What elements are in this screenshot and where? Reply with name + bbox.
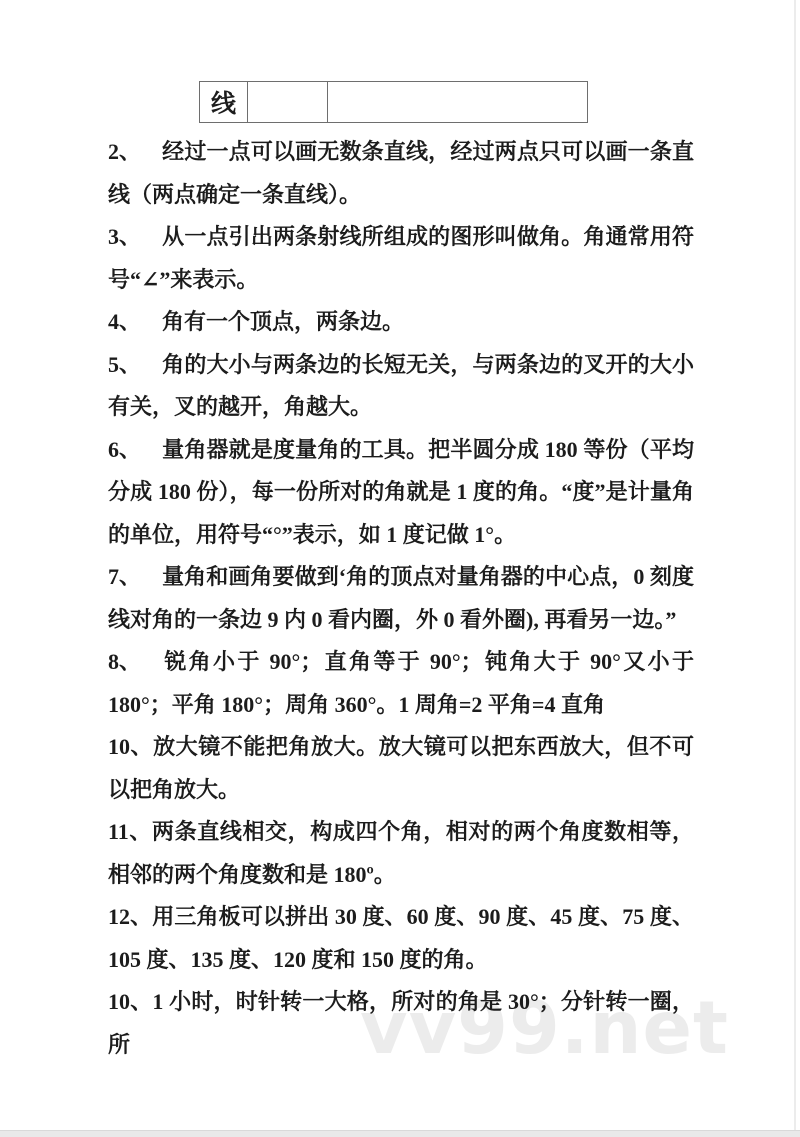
table-cell-empty-2: [328, 82, 587, 122]
item-text: 放大镜不能把角放大。放大镜可以把东西放大，但不可以把角放大。: [108, 734, 694, 802]
item-text: 量角和画角要做到‘角的顶点对量角器的中心点，0 刻度线对角的一条边 9 内 0 …: [108, 564, 694, 632]
item-number: 2、: [108, 131, 162, 174]
item-text: 从一点引出两条射线所组成的图形叫做角。角通常用符号“∠”来表示。: [108, 224, 694, 292]
item-text: 锐角小于 90°；直角等于 90°；钝角大于 90°又小于 180°；平角 18…: [108, 649, 694, 717]
item-number: 7、: [108, 556, 162, 599]
note-item-8: 8、锐角小于 90°；直角等于 90°；钝角大于 90°又小于 180°；平角 …: [108, 641, 694, 726]
item-text: 角的大小与两条边的长短无关，与两条边的叉开的大小有关，叉的越开，角越大。: [108, 352, 694, 420]
item-number: 10、: [108, 734, 153, 759]
item-number: 11、: [108, 819, 152, 844]
item-text: 1 小时，时针转一大格，所对的角是 30°；分针转一圈，所: [108, 989, 694, 1057]
item-text: 量角器就是度量角的工具。把半圆分成 180 等份（平均分成 180 份），每一份…: [108, 437, 694, 547]
note-item-6: 6、量角器就是度量角的工具。把半圆分成 180 等份（平均分成 180 份），每…: [108, 429, 694, 557]
item-number: 5、: [108, 344, 162, 387]
item-text: 用三角板可以拼出 30 度、60 度、90 度、45 度、75 度、105 度、…: [108, 904, 694, 972]
note-item-2: 2、经过一点可以画无数条直线，经过两点只可以画一条直线（两点确定一条直线）。: [108, 131, 694, 216]
item-number: 10、: [108, 989, 152, 1014]
document-body: 2、经过一点可以画无数条直线，经过两点只可以画一条直线（两点确定一条直线）。 3…: [108, 131, 694, 1066]
table-cell-empty-1: [248, 82, 328, 122]
table-cell-label: 线: [200, 82, 248, 122]
item-number: 8、: [108, 641, 162, 684]
item-number: 6、: [108, 429, 162, 472]
item-text: 两条直线相交，构成四个角，相对的两个角度数相等，相邻的两个角度数和是 180º。: [108, 819, 694, 887]
item-number: 3、: [108, 216, 162, 259]
item-text: 经过一点可以画无数条直线，经过两点只可以画一条直线（两点确定一条直线）。: [108, 139, 694, 207]
page-right-edge: [794, 0, 796, 1130]
note-item-3: 3、从一点引出两条射线所组成的图形叫做角。角通常用符号“∠”来表示。: [108, 216, 694, 301]
item-text: 角有一个顶点，两条边。: [162, 309, 404, 334]
note-item-11: 11、两条直线相交，构成四个角，相对的两个角度数相等，相邻的两个角度数和是 18…: [108, 811, 694, 896]
note-item-4: 4、角有一个顶点，两条边。: [108, 301, 694, 344]
note-item-12: 12、用三角板可以拼出 30 度、60 度、90 度、45 度、75 度、105…: [108, 896, 694, 981]
table-row-fragment: 线: [199, 81, 588, 123]
item-number: 12、: [108, 904, 152, 929]
note-item-5: 5、角的大小与两条边的长短无关，与两条边的叉开的大小有关，叉的越开，角越大。: [108, 344, 694, 429]
document-page: 线 2、经过一点可以画无数条直线，经过两点只可以画一条直线（两点确定一条直线）。…: [0, 0, 800, 1137]
item-number: 4、: [108, 301, 162, 344]
page-bottom-edge: [0, 1130, 800, 1137]
note-item-10b: 10、1 小时，时针转一大格，所对的角是 30°；分针转一圈，所: [108, 981, 694, 1066]
note-item-10: 10、放大镜不能把角放大。放大镜可以把东西放大，但不可以把角放大。: [108, 726, 694, 811]
note-item-7: 7、量角和画角要做到‘角的顶点对量角器的中心点，0 刻度线对角的一条边 9 内 …: [108, 556, 694, 641]
